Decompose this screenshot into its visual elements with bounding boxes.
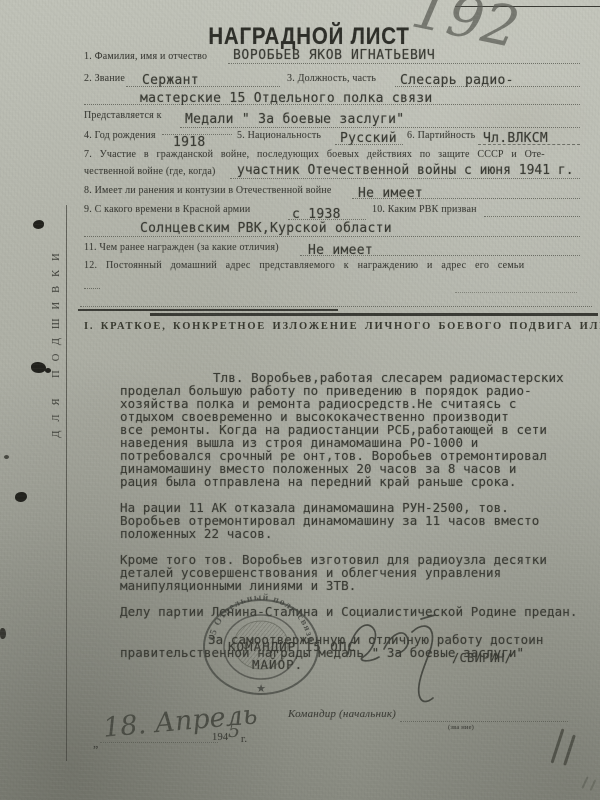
section-heading: I. КРАТКОЕ, КОНКРЕТНОЕ ИЗЛОЖЕНИЕ ЛИЧНОГО… xyxy=(84,321,600,332)
stamp-star-icon: ★ xyxy=(256,683,266,695)
commander-typed-line1: КОМАНДИР 15 ОПС xyxy=(228,639,356,654)
year-handwritten: 5 xyxy=(228,720,240,742)
dotted-line xyxy=(352,198,580,199)
commander-signature xyxy=(342,610,462,710)
dotted-line xyxy=(84,288,100,289)
dotted-line xyxy=(228,63,580,64)
field-value-presented: Медали " За боевые заслуги" xyxy=(185,112,404,127)
dotted-line xyxy=(84,236,580,237)
ink-blot xyxy=(4,455,9,459)
field-label-nationality: 5. Национальность xyxy=(237,130,321,141)
margin-divider-line xyxy=(66,205,67,761)
ink-blot xyxy=(31,362,46,373)
field-label-home-address: 12. Постоянный домашний адрес представля… xyxy=(84,260,524,271)
field-value-birthyear: 1918 xyxy=(173,135,206,150)
dotted-line xyxy=(180,127,580,128)
section-divider-thin xyxy=(78,309,338,311)
field-label-prior-awards: 11. Чем ранее награжден (за какие отличи… xyxy=(84,242,279,253)
dotted-line xyxy=(100,742,218,743)
dotted-line xyxy=(84,104,580,105)
document-title: НАГРАДНОЙ ЛИСТ xyxy=(62,23,557,51)
ink-blot xyxy=(33,220,44,229)
ink-blot xyxy=(0,628,6,639)
section-divider-thick xyxy=(150,313,598,316)
field-label-position: 3. Должность, часть xyxy=(287,73,376,84)
merit-paragraph: На рации 11 АК отказала динамомашина РУН… xyxy=(120,501,592,540)
commander-typed-line2: МАЙОР. xyxy=(252,657,303,672)
field-label-army-since: 9. С какого времени в Красной армии xyxy=(84,204,250,215)
commander-caption: Командир (начальник) xyxy=(288,708,396,720)
dotted-line xyxy=(484,216,580,217)
dotted-line xyxy=(80,306,592,307)
year-printed: 194 xyxy=(212,732,228,743)
field-value-name: ВОРОБЬЕВ ЯКОВ ИГНАТЬЕВИЧ xyxy=(233,48,435,63)
field-label-birthyear: 4. Год рождения xyxy=(84,130,156,141)
dotted-line xyxy=(230,178,580,179)
field-label-rank: 2. Звание xyxy=(84,73,125,84)
margin-vertical-text: ДЛЯ ПОДШИВКИ xyxy=(51,211,65,471)
field-value-war-participation: участник Отечественной войны с июня 1941… xyxy=(237,163,574,178)
field-label-war-participation-1: 7. Участие в гражданской войне, последую… xyxy=(84,149,545,160)
dotted-line xyxy=(395,86,580,87)
merit-paragraph: Кроме того тов. Воробьев изготовил для р… xyxy=(120,553,592,592)
field-label-presented: Представляется к xyxy=(84,110,162,121)
field-label-name: 1. Фамилия, имя и отчество xyxy=(84,51,207,62)
field-label-party: 6. Партийность xyxy=(407,130,475,141)
year-suffix: г. xyxy=(241,734,247,745)
field-label-war-participation-2: чественной войне (где, когда) xyxy=(84,166,216,177)
date-open-quote: „ xyxy=(93,736,99,751)
ink-blot xyxy=(45,368,51,373)
dotted-line xyxy=(455,292,577,293)
award-sheet-document: 192 НАГРАДНОЙ ЛИСТ ДЛЯ ПОДШИВКИ 1. Фамил… xyxy=(0,0,600,800)
underline xyxy=(478,144,580,145)
field-label-wounds: 8. Имеет ли ранения и контузии в Отечест… xyxy=(84,185,332,196)
field-value-rank: Сержант xyxy=(142,73,199,88)
rank-note: (зва ние) xyxy=(448,724,474,731)
field-label-rvk: 10. Каким РВК призван xyxy=(372,204,477,215)
field-value-rvk: Солнцевским РВК,Курской области xyxy=(140,221,392,236)
dotted-line xyxy=(335,144,403,145)
merit-paragraph: Тлв. Воробьев,работая слесарем радиомаст… xyxy=(120,371,592,488)
dotted-line xyxy=(400,721,568,722)
dotted-line xyxy=(288,219,366,220)
dotted-line xyxy=(300,255,580,256)
